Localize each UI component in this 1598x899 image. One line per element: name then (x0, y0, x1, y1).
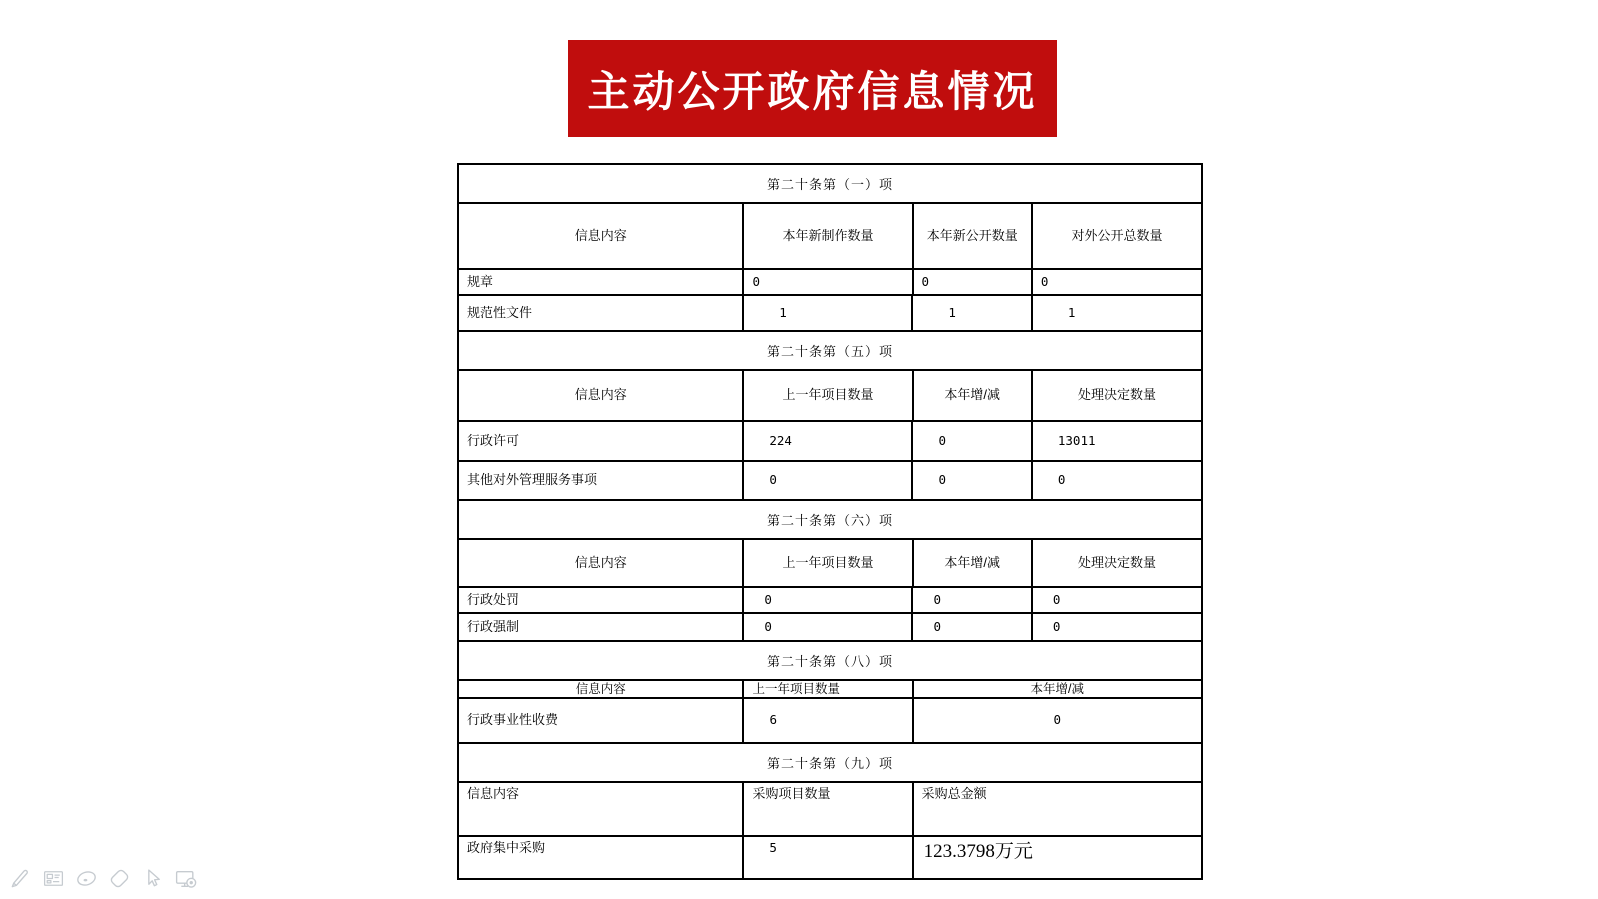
cell-value: 1 (1033, 296, 1201, 330)
section-title: 第二十条第（六）项 (459, 501, 1201, 540)
laser-pointer-icon[interactable] (74, 866, 98, 890)
row-label: 规范性文件 (459, 296, 744, 330)
eraser-icon[interactable] (107, 866, 131, 890)
cell-value: 0 (914, 699, 1201, 742)
cell-value: 5 (744, 837, 913, 878)
cell-value: 0 (744, 270, 913, 294)
page-title: 主动公开政府信息情况 (587, 59, 1037, 119)
cell-value: 6 (744, 699, 913, 742)
table-row: 规范性文件 1 1 1 (459, 296, 1201, 332)
section-title: 第二十条第（一）项 (459, 165, 1201, 204)
section-title: 第二十条第（八）项 (459, 642, 1201, 681)
cell-value: 0 (914, 270, 1033, 294)
screen-record-icon[interactable] (173, 866, 197, 890)
slides-panel-icon[interactable] (41, 866, 65, 890)
disclosure-table: 第二十条第（一）项 信息内容 本年新制作数量 本年新公开数量 对外公开总数量 规… (457, 163, 1203, 880)
pen-icon[interactable] (8, 866, 32, 890)
column-header: 信息内容 (459, 540, 744, 586)
header-row: 信息内容 上一年项目数量 本年增/减 处理决定数量 (459, 371, 1201, 422)
cell-value: 0 (1033, 614, 1201, 640)
cursor-arrow-icon[interactable] (140, 866, 164, 890)
row-label: 行政强制 (459, 614, 744, 640)
header-row: 信息内容 上一年项目数量 本年增/减 (459, 681, 1201, 699)
row-label: 行政许可 (459, 422, 744, 460)
cell-value: 0 (913, 422, 1032, 460)
column-header: 处理决定数量 (1033, 540, 1201, 586)
column-header: 本年增/减 (914, 371, 1033, 420)
column-header: 处理决定数量 (1033, 371, 1201, 420)
column-header: 信息内容 (459, 783, 744, 835)
row-label: 规章 (459, 270, 744, 294)
row-label: 行政处罚 (459, 588, 744, 612)
table-row: 行政许可 224 0 13011 (459, 422, 1201, 462)
column-header: 本年增/减 (914, 681, 1201, 697)
table-row: 行政强制 0 0 0 (459, 614, 1201, 642)
cell-value: 1 (744, 296, 913, 330)
table-row: 规章 0 0 0 (459, 270, 1201, 296)
title-banner: 主动公开政府信息情况 (568, 40, 1057, 137)
table-row: 其他对外管理服务事项 0 0 0 (459, 462, 1201, 501)
cell-value: 0 (913, 588, 1032, 612)
column-header: 采购项目数量 (744, 783, 913, 835)
header-row: 信息内容 本年新制作数量 本年新公开数量 对外公开总数量 (459, 204, 1201, 270)
column-header: 本年新制作数量 (744, 204, 913, 268)
cell-value: 0 (744, 462, 913, 499)
section-title: 第二十条第（五）项 (459, 332, 1201, 371)
column-header: 信息内容 (459, 371, 744, 420)
cell-value: 0 (1033, 270, 1201, 294)
cell-value: 0 (744, 588, 913, 612)
column-header: 上一年项目数量 (744, 540, 913, 586)
cell-value: 0 (1033, 462, 1201, 499)
column-header: 本年新公开数量 (914, 204, 1033, 268)
row-label: 行政事业性收费 (459, 699, 744, 742)
cell-value: 1 (913, 296, 1032, 330)
column-header: 上一年项目数量 (744, 681, 913, 697)
column-header: 对外公开总数量 (1033, 204, 1201, 268)
column-header: 上一年项目数量 (744, 371, 913, 420)
cell-value: 0 (744, 614, 913, 640)
cell-value: 13011 (1033, 422, 1201, 460)
cell-value: 0 (913, 462, 1032, 499)
presentation-toolbar (8, 866, 197, 890)
section-title: 第二十条第（九）项 (459, 744, 1201, 783)
column-header: 采购总金额 (914, 783, 1201, 835)
column-header: 本年增/减 (914, 540, 1033, 586)
column-header: 信息内容 (459, 204, 744, 268)
table-row: 行政处罚 0 0 0 (459, 588, 1201, 614)
row-label: 其他对外管理服务事项 (459, 462, 744, 499)
cell-value: 0 (913, 614, 1032, 640)
cell-value: 224 (744, 422, 913, 460)
column-header: 信息内容 (459, 681, 744, 697)
presentation-slide: 主动公开政府信息情况 第二十条第（一）项 信息内容 本年新制作数量 本年新公开数… (0, 0, 1598, 899)
header-row: 信息内容 上一年项目数量 本年增/减 处理决定数量 (459, 540, 1201, 588)
table-row: 政府集中采购 5 123.3798万元 (459, 837, 1201, 878)
cell-value: 123.3798万元 (914, 837, 1201, 878)
header-row: 信息内容 采购项目数量 采购总金额 (459, 783, 1201, 837)
row-label: 政府集中采购 (459, 837, 744, 878)
table-row: 行政事业性收费 6 0 (459, 699, 1201, 744)
cell-value: 0 (1033, 588, 1201, 612)
